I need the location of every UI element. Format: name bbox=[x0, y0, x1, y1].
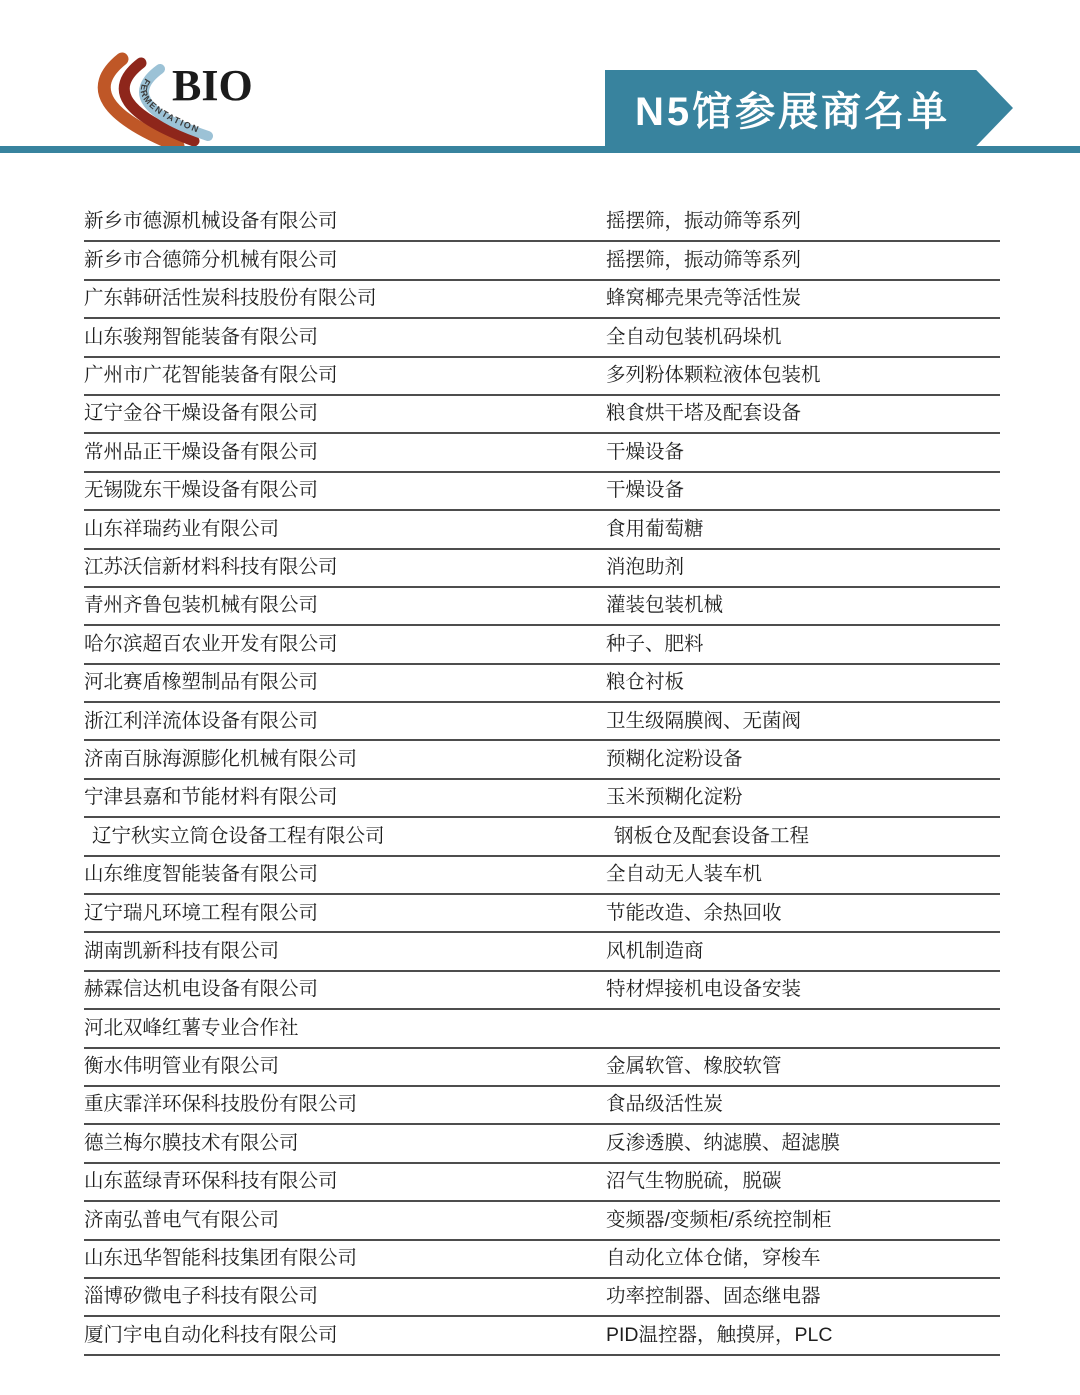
table-row: 衡水伟明管业有限公司 金属软管、橡胶软管 bbox=[84, 1049, 1000, 1087]
company-name: 新乡市合德筛分机械有限公司 bbox=[84, 250, 606, 271]
company-name: 新乡市德源机械设备有限公司 bbox=[84, 211, 606, 232]
product-description: 全自动包装机码垛机 bbox=[606, 327, 1000, 348]
product-description: 粮食烘干塔及配套设备 bbox=[606, 403, 1000, 424]
product-description: 自动化立体仓储，穿梭车 bbox=[606, 1248, 1000, 1269]
table-row: 山东骏翔智能装备有限公司 全自动包装机码垛机 bbox=[84, 319, 1000, 357]
table-row: 济南弘普电气有限公司 变频器/变频柜/系统控制柜 bbox=[84, 1202, 1000, 1240]
product-description: 干燥设备 bbox=[606, 480, 1000, 501]
company-name: 哈尔滨超百农业开发有限公司 bbox=[84, 634, 606, 655]
table-row: 重庆霏洋环保科技股份有限公司 食品级活性炭 bbox=[84, 1087, 1000, 1125]
table-row: 广州市广花智能装备有限公司 多列粉体颗粒液体包装机 bbox=[84, 358, 1000, 396]
exhibitor-table: 新乡市德源机械设备有限公司 摇摆筛，振动筛等系列 新乡市合德筛分机械有限公司 摇… bbox=[84, 204, 1000, 1356]
company-name: 江苏沃信新材料科技有限公司 bbox=[84, 557, 606, 578]
table-row: 山东维度智能装备有限公司 全自动无人装车机 bbox=[84, 857, 1000, 895]
table-row: 哈尔滨超百农业开发有限公司 种子、肥料 bbox=[84, 626, 1000, 664]
company-name: 德兰梅尔膜技术有限公司 bbox=[84, 1133, 606, 1154]
company-name: 湖南凯新科技有限公司 bbox=[84, 941, 606, 962]
table-row: 新乡市德源机械设备有限公司 摇摆筛，振动筛等系列 bbox=[84, 204, 1000, 242]
company-name: 赫霖信达机电设备有限公司 bbox=[84, 979, 606, 1000]
header-divider bbox=[0, 146, 1080, 153]
table-row: 常州品正干燥设备有限公司 干燥设备 bbox=[84, 434, 1000, 472]
table-row: 浙江利洋流体设备有限公司 卫生级隔膜阀、无菌阀 bbox=[84, 703, 1000, 741]
company-name: 广州市广花智能装备有限公司 bbox=[84, 365, 606, 386]
page-title: N5馆参展商名单 bbox=[605, 80, 950, 137]
company-name: 重庆霏洋环保科技股份有限公司 bbox=[84, 1094, 606, 1115]
table-row: 宁津县嘉和节能材料有限公司 玉米预糊化淀粉 bbox=[84, 780, 1000, 818]
company-name: 山东蓝绿青环保科技有限公司 bbox=[84, 1171, 606, 1192]
product-description: 食品级活性炭 bbox=[606, 1094, 1000, 1115]
table-row: 青州齐鲁包装机械有限公司 灌装包装机械 bbox=[84, 588, 1000, 626]
product-description: PID温控器，触摸屏，PLC bbox=[606, 1325, 1000, 1346]
table-row: 江苏沃信新材料科技有限公司 消泡助剂 bbox=[84, 550, 1000, 588]
company-name: 山东维度智能装备有限公司 bbox=[84, 864, 606, 885]
table-row: 德兰梅尔膜技术有限公司 反渗透膜、纳滤膜、超滤膜 bbox=[84, 1125, 1000, 1163]
product-description: 食用葡萄糖 bbox=[606, 519, 1000, 540]
company-name: 宁津县嘉和节能材料有限公司 bbox=[84, 787, 606, 808]
company-name: 河北赛盾橡塑制品有限公司 bbox=[84, 672, 606, 693]
company-name: 山东祥瑞药业有限公司 bbox=[84, 519, 606, 540]
product-description: 消泡助剂 bbox=[606, 557, 1000, 578]
table-row: 辽宁秋实立筒仓设备工程有限公司 钢板仓及配套设备工程 bbox=[84, 818, 1000, 856]
table-row: 河北双峰红薯专业合作社 bbox=[84, 1010, 1000, 1048]
product-description: 沼气生物脱硫，脱碳 bbox=[606, 1171, 1000, 1192]
company-name: 青州齐鲁包装机械有限公司 bbox=[84, 595, 606, 616]
product-description: 钢板仓及配套设备工程 bbox=[614, 826, 1000, 847]
table-row: 辽宁金谷干燥设备有限公司 粮食烘干塔及配套设备 bbox=[84, 396, 1000, 434]
product-description: 风机制造商 bbox=[606, 941, 1000, 962]
product-description: 摇摆筛，振动筛等系列 bbox=[606, 250, 1000, 271]
product-description: 干燥设备 bbox=[606, 442, 1000, 463]
company-name: 河北双峰红薯专业合作社 bbox=[84, 1018, 606, 1039]
table-row: 广东韩研活性炭科技股份有限公司 蜂窝椰壳果壳等活性炭 bbox=[84, 281, 1000, 319]
title-banner: N5馆参展商名单 bbox=[605, 70, 1013, 146]
company-name: 广东韩研活性炭科技股份有限公司 bbox=[84, 288, 606, 309]
product-description: 功率控制器、固态继电器 bbox=[606, 1286, 1000, 1307]
table-row: 山东迅华智能科技集团有限公司 自动化立体仓储，穿梭车 bbox=[84, 1241, 1000, 1279]
product-description: 多列粉体颗粒液体包装机 bbox=[606, 365, 1000, 386]
company-name: 济南百脉海源膨化机械有限公司 bbox=[84, 749, 606, 770]
company-name: 山东迅华智能科技集团有限公司 bbox=[84, 1248, 606, 1269]
product-description: 金属软管、橡胶软管 bbox=[606, 1056, 1000, 1077]
product-description: 玉米预糊化淀粉 bbox=[606, 787, 1000, 808]
company-name: 无锡陇东干燥设备有限公司 bbox=[84, 480, 606, 501]
table-row: 河北赛盾橡塑制品有限公司 粮仓衬板 bbox=[84, 665, 1000, 703]
product-description: 种子、肥料 bbox=[606, 634, 1000, 655]
product-description: 预糊化淀粉设备 bbox=[606, 749, 1000, 770]
company-name: 淄博矽微电子科技有限公司 bbox=[84, 1286, 606, 1307]
table-row: 山东祥瑞药业有限公司 食用葡萄糖 bbox=[84, 511, 1000, 549]
company-name: 厦门宇电自动化科技有限公司 bbox=[84, 1325, 606, 1346]
company-name: 济南弘普电气有限公司 bbox=[84, 1210, 606, 1231]
company-name: 常州品正干燥设备有限公司 bbox=[84, 442, 606, 463]
table-row: 赫霖信达机电设备有限公司 特材焊接机电设备安装 bbox=[84, 972, 1000, 1010]
company-name: 山东骏翔智能装备有限公司 bbox=[84, 327, 606, 348]
table-row: 湖南凯新科技有限公司 风机制造商 bbox=[84, 933, 1000, 971]
table-row: 厦门宇电自动化科技有限公司 PID温控器，触摸屏，PLC bbox=[84, 1317, 1000, 1355]
product-description: 全自动无人装车机 bbox=[606, 864, 1000, 885]
logo-text: BIO bbox=[172, 61, 253, 110]
product-description: 特材焊接机电设备安装 bbox=[606, 979, 1000, 1000]
table-row: 无锡陇东干燥设备有限公司 干燥设备 bbox=[84, 473, 1000, 511]
company-name: 衡水伟明管业有限公司 bbox=[84, 1056, 606, 1077]
product-description: 变频器/变频柜/系统控制柜 bbox=[606, 1210, 1000, 1231]
table-row: 新乡市合德筛分机械有限公司 摇摆筛，振动筛等系列 bbox=[84, 242, 1000, 280]
product-description: 反渗透膜、纳滤膜、超滤膜 bbox=[606, 1133, 1000, 1154]
company-name: 辽宁秋实立筒仓设备工程有限公司 bbox=[84, 826, 614, 847]
table-row: 淄博矽微电子科技有限公司 功率控制器、固态继电器 bbox=[84, 1279, 1000, 1317]
company-name: 辽宁瑞凡环境工程有限公司 bbox=[84, 903, 606, 924]
product-description: 粮仓衬板 bbox=[606, 672, 1000, 693]
company-name: 浙江利洋流体设备有限公司 bbox=[84, 711, 606, 732]
table-row: 山东蓝绿青环保科技有限公司 沼气生物脱硫，脱碳 bbox=[84, 1164, 1000, 1202]
product-description: 灌装包装机械 bbox=[606, 595, 1000, 616]
product-description: 摇摆筛，振动筛等系列 bbox=[606, 211, 1000, 232]
bio-fermentation-logo: BIO FERMENTATION bbox=[84, 52, 264, 152]
table-row: 济南百脉海源膨化机械有限公司 预糊化淀粉设备 bbox=[84, 741, 1000, 779]
product-description: 卫生级隔膜阀、无菌阀 bbox=[606, 711, 1000, 732]
company-name: 辽宁金谷干燥设备有限公司 bbox=[84, 403, 606, 424]
product-description: 节能改造、余热回收 bbox=[606, 903, 1000, 924]
table-row: 辽宁瑞凡环境工程有限公司 节能改造、余热回收 bbox=[84, 895, 1000, 933]
product-description: 蜂窝椰壳果壳等活性炭 bbox=[606, 288, 1000, 309]
